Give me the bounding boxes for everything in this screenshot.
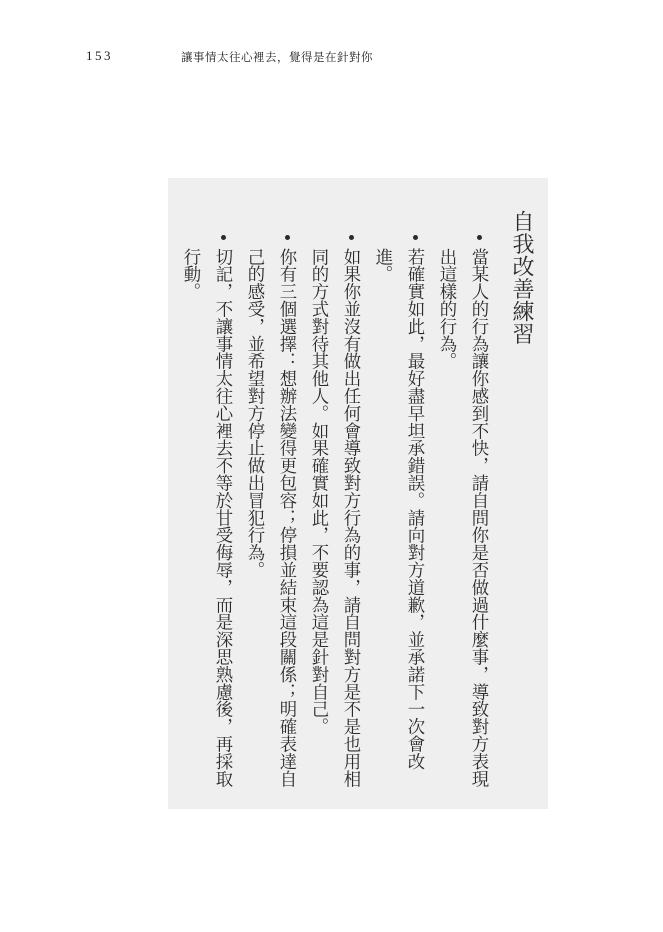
list-item: 你有三個選擇：想辦法變得更包容；停損並結束這段關係；明確表達自己的感受，並希望對… [239,210,303,788]
exercise-list: 當某人的行為讓你感到不快，請自問你是否做過什麼事，導致對方表現出這樣的行為。 若… [175,210,495,793]
running-head-book-title: 讓事情太往心裡去，覺得是在針對你 [181,49,373,65]
bullet-icon [221,235,226,240]
list-item-text: 切記，不讓事情太往心裡去不等於甘受侮辱，而是深思熟慮後，再採取行動。 [181,248,233,787]
bullet-icon [477,235,482,240]
bullet-icon [413,235,418,240]
exercise-panel: 自我改善練習 當某人的行為讓你感到不快，請自問你是否做過什麼事，導致對方表現出這… [168,178,548,809]
running-head: 153 讓事情太往心裡去，覺得是在針對你 [0,48,663,68]
list-item-text: 當某人的行為讓你感到不快，請自問你是否做過什麼事，導致對方表現出這樣的行為。 [437,248,489,787]
panel-title: 自我改善練習 [511,210,533,793]
page-number: 153 [86,48,113,64]
list-item: 若確實如此，最好盡早坦承錯誤。請向對方道歉，並承諾下一次會改進。 [367,210,431,788]
list-item: 切記，不讓事情太往心裡去不等於甘受侮辱，而是深思熟慮後，再採取行動。 [175,210,239,788]
list-item: 如果你並沒有做出任何會導致對方行為的事，請自問對方是不是也用相同的方式對待其他人… [303,210,367,788]
list-item-text: 你有三個選擇：想辦法變得更包容；停損並結束這段關係；明確表達自己的感受，並希望對… [245,248,297,787]
bullet-icon [285,235,290,240]
bullet-icon [349,235,354,240]
list-item-text: 若確實如此，最好盡早坦承錯誤。請向對方道歉，並承諾下一次會改進。 [373,248,425,770]
list-item-text: 如果你並沒有做出任何會導致對方行為的事，請自問對方是不是也用相同的方式對待其他人… [309,248,361,787]
list-item: 當某人的行為讓你感到不快，請自問你是否做過什麼事，導致對方表現出這樣的行為。 [431,210,495,788]
book-page: 153 讓事情太往心裡去，覺得是在針對你 自我改善練習 當某人的行為讓你感到不快… [0,0,663,932]
